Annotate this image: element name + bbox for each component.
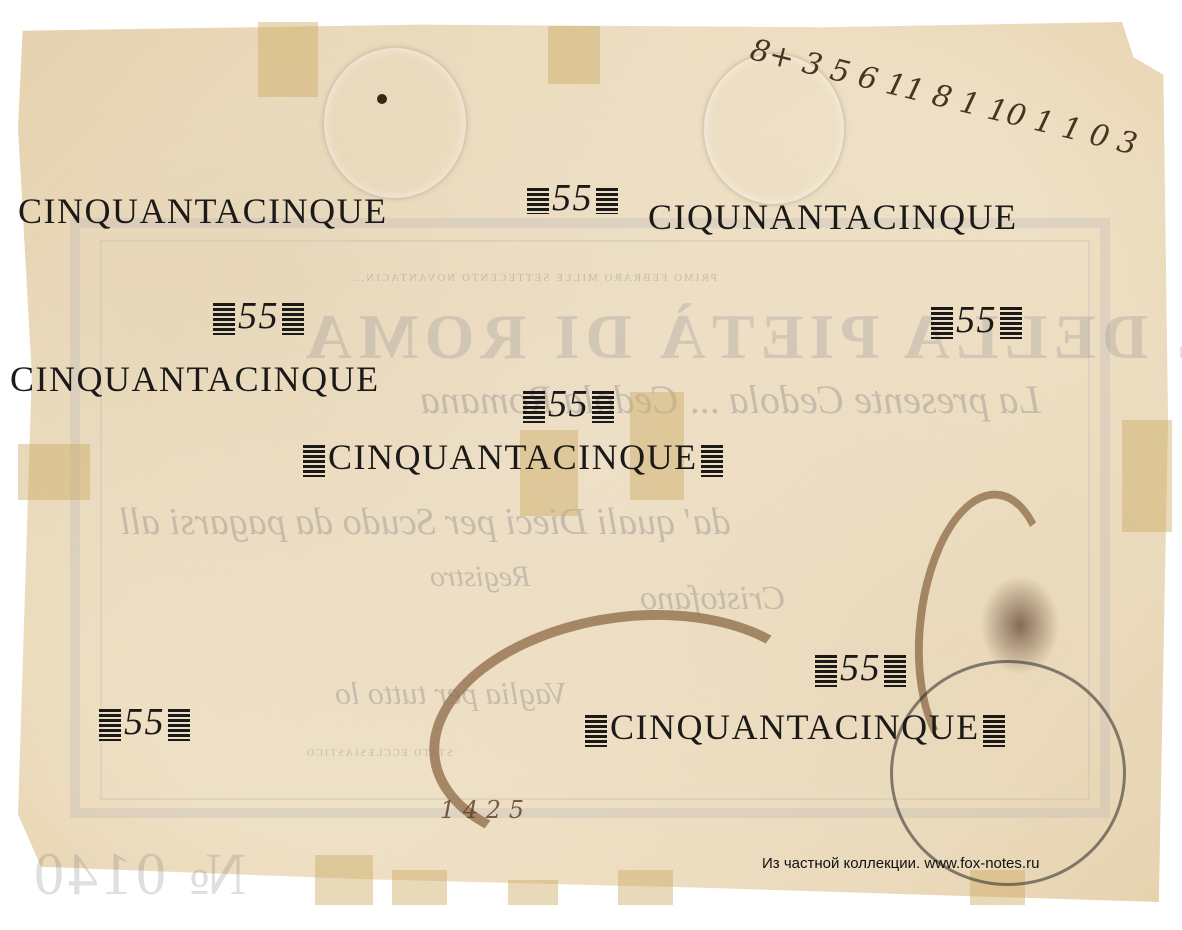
tape-strip xyxy=(1122,420,1172,532)
ink-dot xyxy=(377,94,387,104)
overprint-number: 55 xyxy=(238,295,279,337)
embossed-seal-left xyxy=(322,46,468,200)
overprint-word-row3-center: CINQUANTACINQUE xyxy=(300,436,726,478)
ink-loop-dark xyxy=(890,660,1126,886)
overprint-word-row4-right: CINQUANTACINQUE xyxy=(582,706,1008,748)
overprint-number: 55 xyxy=(552,177,593,219)
bars-ornament xyxy=(592,391,614,423)
bars-ornament xyxy=(282,303,304,335)
overprint-55-lower-right: 55 xyxy=(812,646,909,690)
overprint-number: 55 xyxy=(548,383,589,425)
overprint-word-row1-right: CIQUNANTACINQUE xyxy=(648,196,1018,238)
bars-ornament xyxy=(523,391,545,423)
bars-ornament xyxy=(1000,307,1022,339)
bars-ornament xyxy=(303,445,325,477)
overprint-55-right: 55 xyxy=(928,298,1025,342)
bars-ornament xyxy=(99,709,121,741)
overprint-number: 55 xyxy=(124,701,165,743)
tape-strip xyxy=(508,880,558,905)
show-through-date-line: PRIMO FEBRARO MILLE SETTECENTO NOVANTACI… xyxy=(350,272,717,284)
show-through-registro: Registro xyxy=(430,560,531,594)
collection-watermark: Из частной коллекции. www.fox-notes.ru xyxy=(762,855,1039,872)
tape-strip xyxy=(618,870,673,905)
bars-ornament xyxy=(527,188,549,214)
bars-ornament xyxy=(701,445,723,477)
bars-ornament xyxy=(585,715,607,747)
bars-ornament xyxy=(168,709,190,741)
overprint-55-left: 55 xyxy=(210,294,307,338)
overprint-word: CINQUANTACINQUE xyxy=(610,707,980,747)
handwritten-marks-bottom: 1 4 2 5 xyxy=(440,796,524,824)
bars-ornament xyxy=(213,303,235,335)
tape-strip xyxy=(392,870,447,905)
bars-ornament xyxy=(815,655,837,687)
bars-ornament xyxy=(983,715,1005,747)
overprint-55-lower-left: 55 xyxy=(96,700,193,744)
tape-strip xyxy=(258,22,318,97)
bars-ornament xyxy=(596,188,618,214)
tape-strip xyxy=(315,855,373,905)
bars-ornament xyxy=(931,307,953,339)
show-through-line-3: da' quali Dieci per Scudo da pagarsi all xyxy=(120,500,731,544)
overprint-number: 55 xyxy=(840,647,881,689)
overprint-word: CINQUANTACINQUE xyxy=(328,437,698,477)
overprint-word-row1-left: CINQUANTACINQUE xyxy=(18,190,388,232)
overprint-word-row2-left: CINQUANTACINQUE xyxy=(10,358,380,400)
tape-strip xyxy=(548,26,600,84)
show-through-title: MONTE DELLA PIETÀ DI ROMA xyxy=(300,300,1182,374)
bars-ornament xyxy=(884,655,906,687)
overprint-55-row1: 55 xyxy=(524,176,621,220)
overprint-number: 55 xyxy=(956,299,997,341)
overprint-55-center: 55 xyxy=(520,382,617,426)
tape-strip xyxy=(18,444,90,500)
show-through-bottom-serial: № 0140 xyxy=(30,840,246,909)
show-through-line-2: La presente Cedola ... Cedola Romana xyxy=(420,376,1041,423)
